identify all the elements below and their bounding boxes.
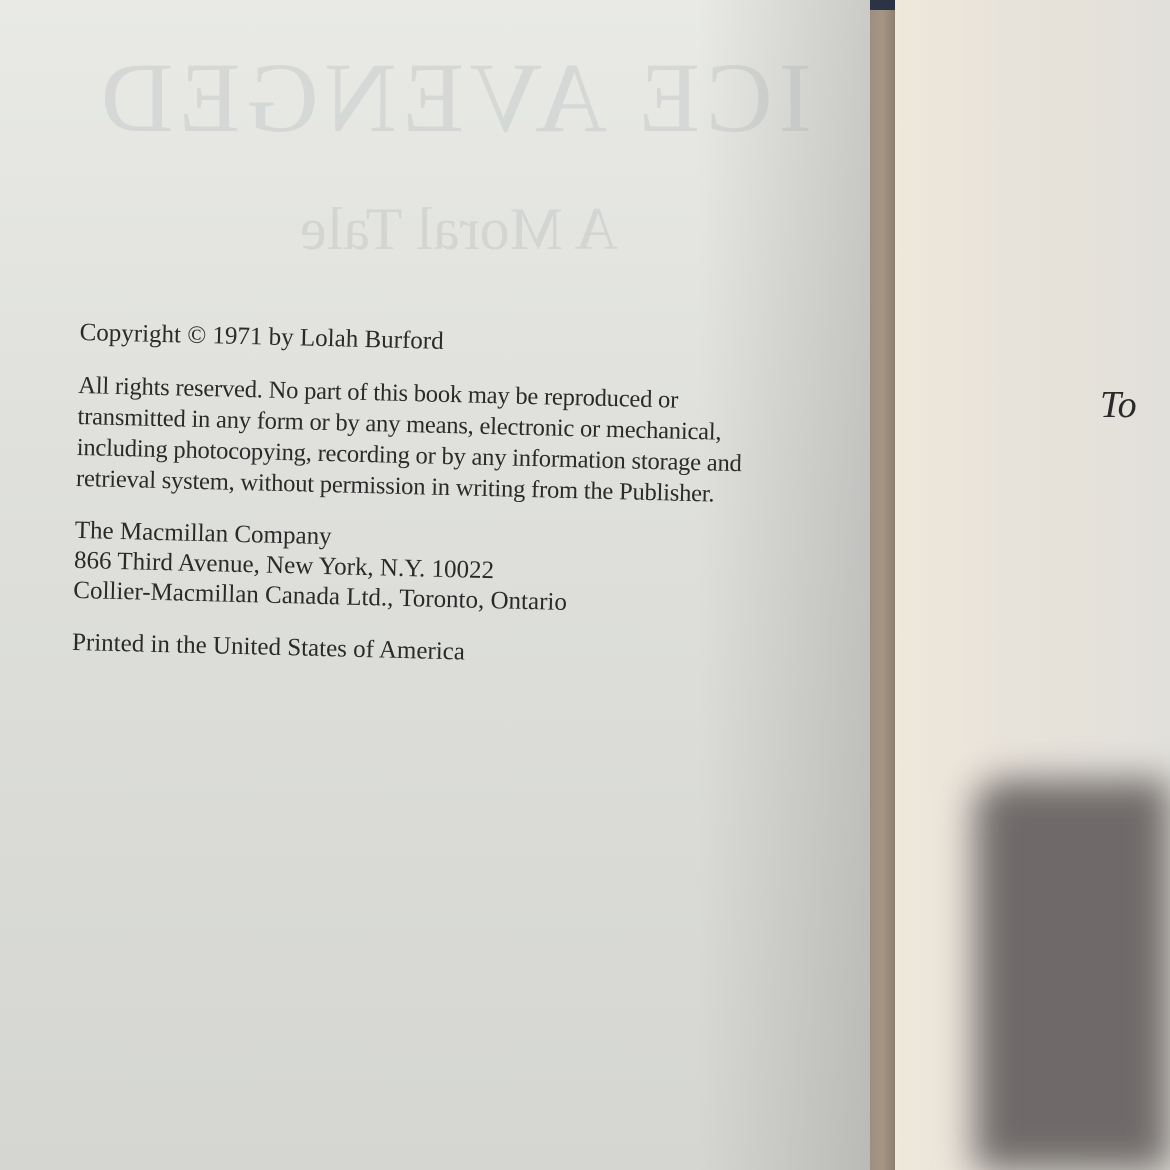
show-through-title: ICE AVENGED bbox=[95, 40, 812, 155]
printed-paragraph: Printed in the United States of America bbox=[72, 628, 853, 677]
copyright-line: Copyright © 1971 by Lolah Burford bbox=[79, 318, 860, 367]
show-through-subtitle: A Moral Tale bbox=[300, 195, 618, 264]
rights-paragraph: All rights reserved. No part of this boo… bbox=[76, 370, 859, 513]
dedication-text: To bbox=[1100, 383, 1137, 427]
hand-shadow bbox=[975, 780, 1170, 1170]
copyright-paragraph: Copyright © 1971 by Lolah Burford bbox=[79, 318, 860, 367]
printed-line: Printed in the United States of America bbox=[72, 628, 853, 677]
copyright-text-block: Copyright © 1971 by Lolah Burford All ri… bbox=[71, 318, 860, 699]
publisher-paragraph: The Macmillan Company 866 Third Avenue, … bbox=[73, 516, 855, 625]
left-page-copyright: ICE AVENGED A Moral Tale Copyright © 197… bbox=[0, 0, 872, 1170]
page-edge-strip bbox=[870, 10, 895, 1170]
